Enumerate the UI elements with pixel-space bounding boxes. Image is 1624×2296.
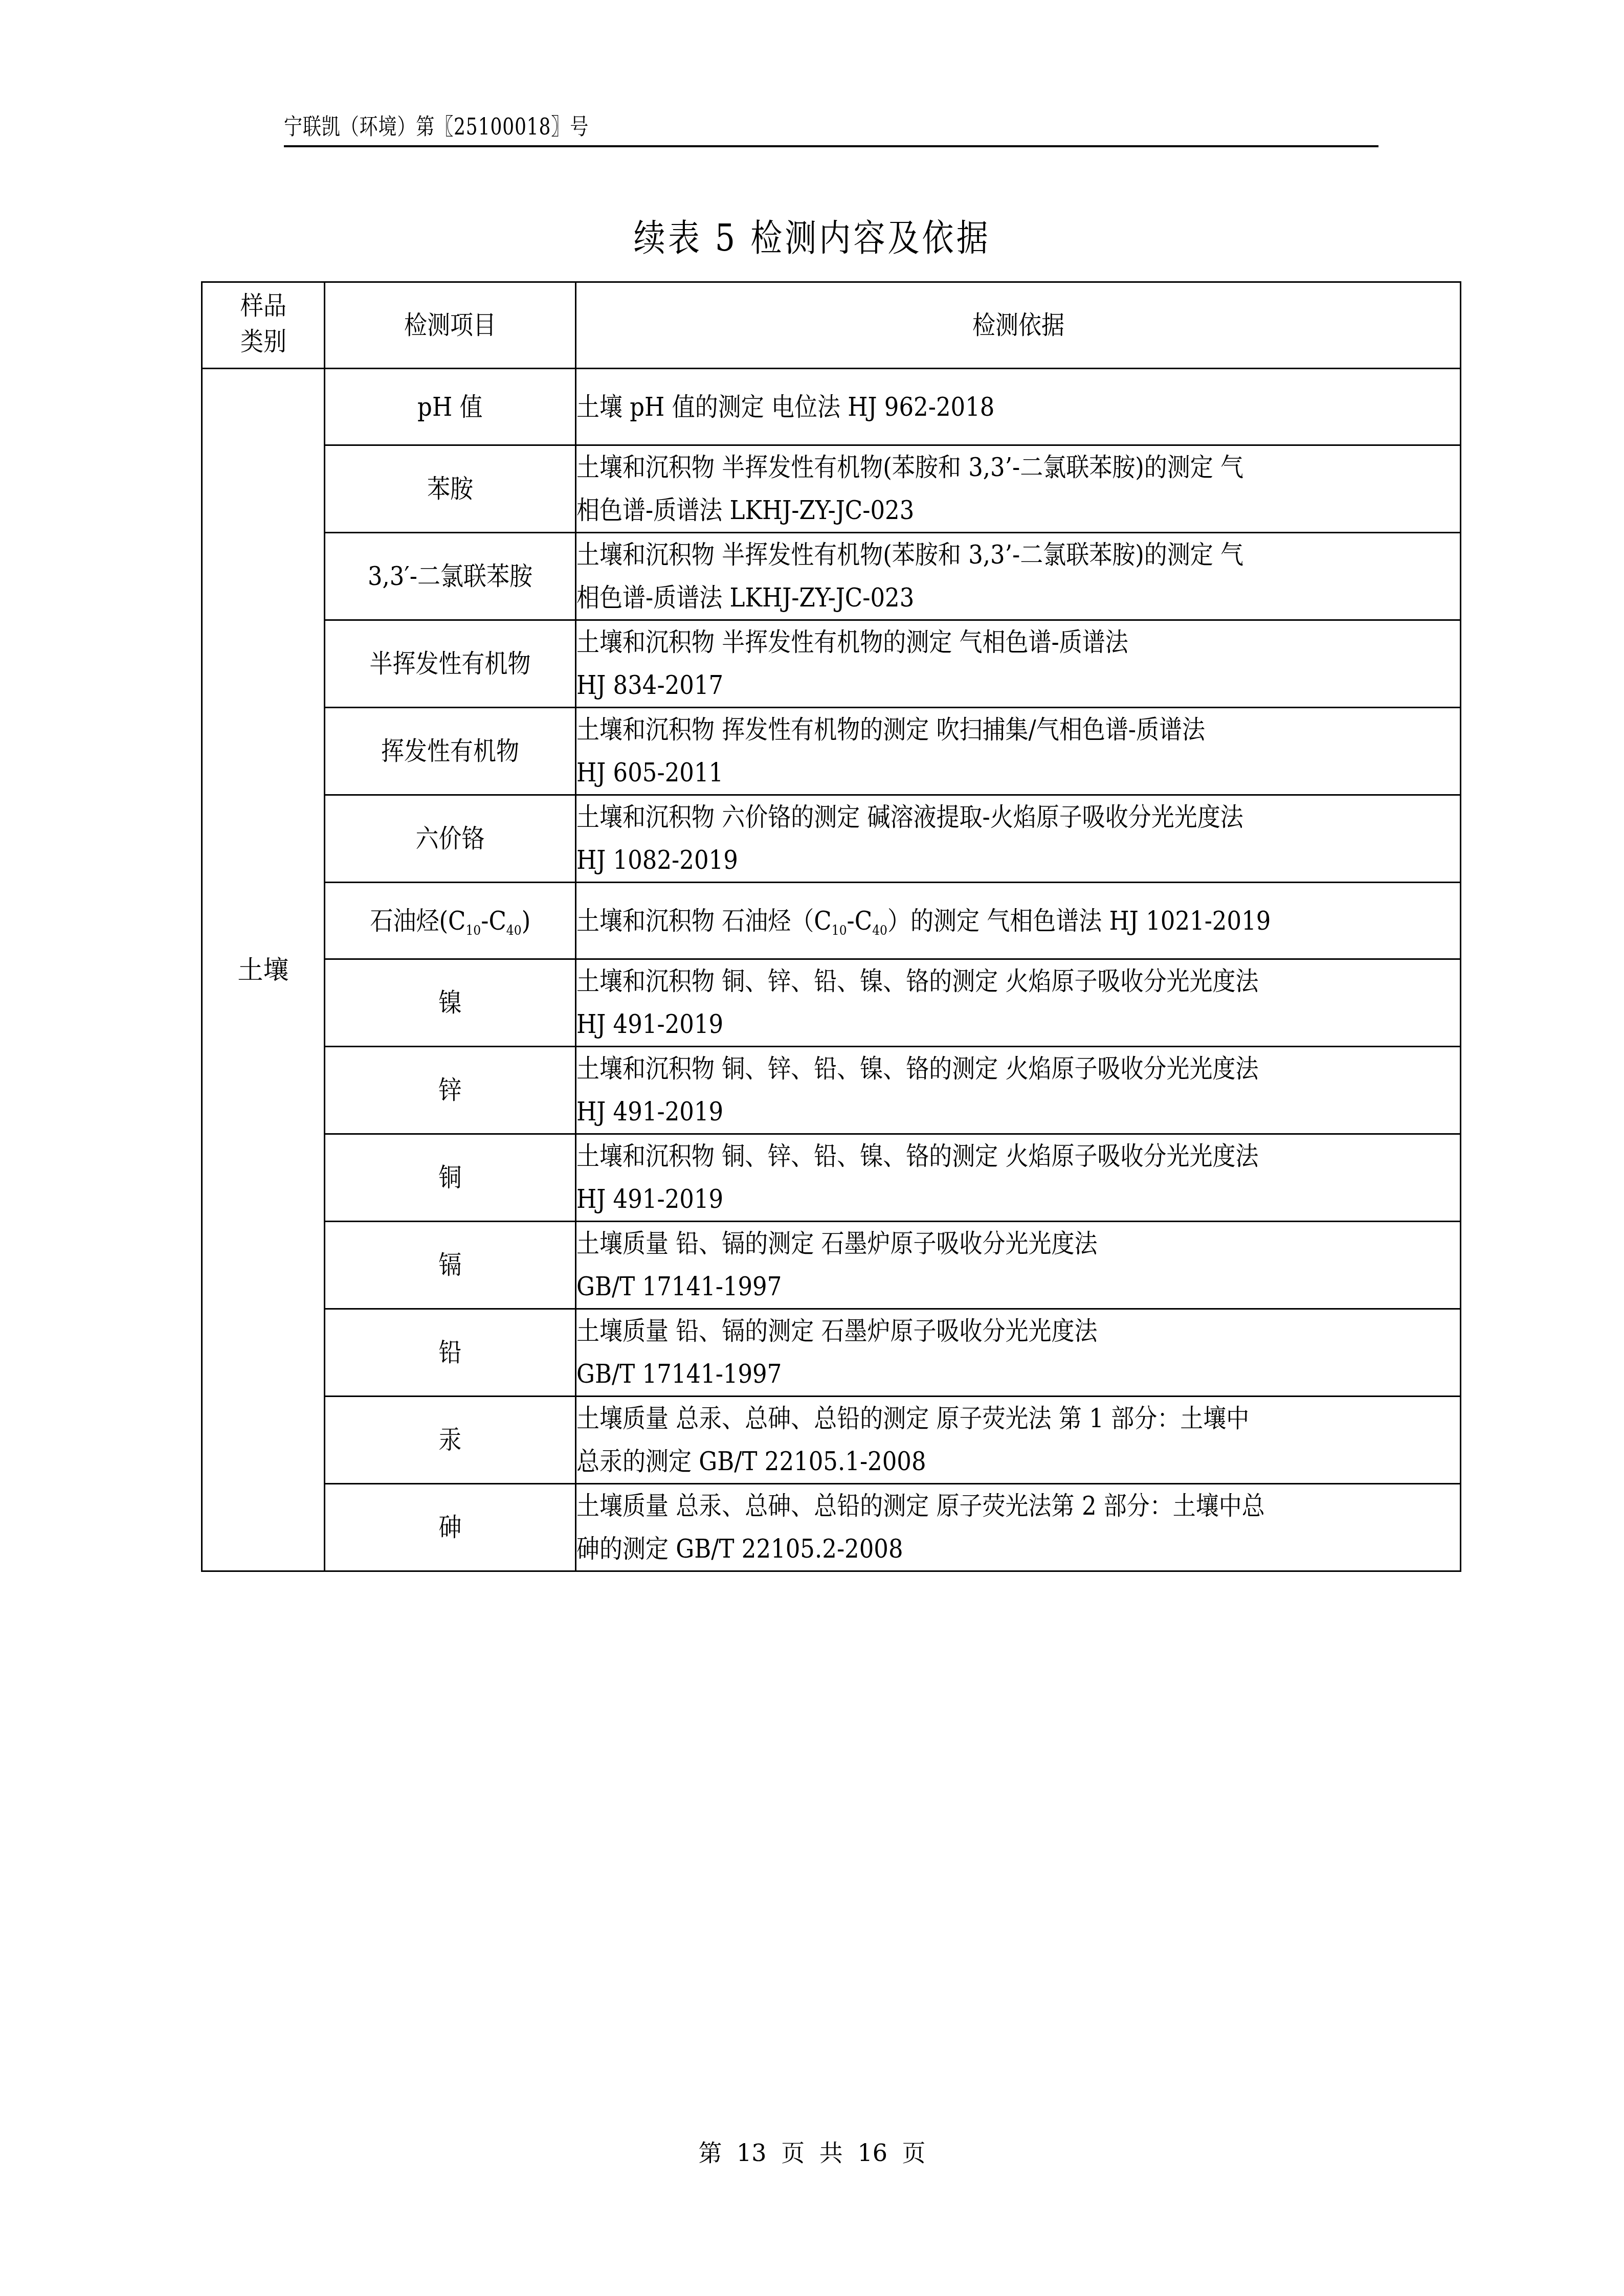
basis-line: GB/T 17141-1997 bbox=[576, 1265, 1371, 1308]
basis-cell: 土壤和沉积物 半挥发性有机物(苯胺和 3,3’-二氯联苯胺)的测定 气 相色谱-… bbox=[576, 533, 1461, 620]
table-header-row: 样品 类别 检测项目 检测依据 bbox=[202, 282, 1461, 369]
basis-cell: 土壤质量 总汞、总砷、总铅的测定 原子荧光法第 2 部分：土壤中总 砷的测定 G… bbox=[576, 1484, 1461, 1571]
basis-line: HJ 1082-2019 bbox=[576, 839, 1371, 882]
item-cell: 苯胺 bbox=[325, 445, 576, 533]
basis-cell: 土壤质量 总汞、总砷、总铅的测定 原子荧光法 第 1 部分：土壤中 总汞的测定 … bbox=[576, 1397, 1461, 1484]
item-cell: 六价铬 bbox=[325, 795, 576, 883]
item-cell: 镉 bbox=[325, 1222, 576, 1309]
item-cell: 3,3′-二氯联苯胺 bbox=[325, 533, 576, 620]
table-row: 半挥发性有机物 土壤和沉积物 半挥发性有机物的测定 气相色谱-质谱法 HJ 83… bbox=[202, 620, 1461, 708]
table-row: 汞 土壤质量 总汞、总砷、总铅的测定 原子荧光法 第 1 部分：土壤中 总汞的测… bbox=[202, 1397, 1461, 1484]
basis-line: HJ 491-2019 bbox=[576, 1178, 1371, 1221]
basis-cell: 土壤和沉积物 铜、锌、铅、镍、铬的测定 火焰原子吸收分光光度法 HJ 491-2… bbox=[576, 1134, 1461, 1222]
column-header-category-line1: 样品 bbox=[240, 291, 286, 321]
basis-cell: 土壤和沉积物 铜、锌、铅、镍、铬的测定 火焰原子吸收分光光度法 HJ 491-2… bbox=[576, 1047, 1461, 1134]
column-header-category-line2: 类别 bbox=[240, 327, 286, 356]
basis-line: 土壤和沉积物 挥发性有机物的测定 吹扫捕集/气相色谱-质谱法 bbox=[576, 708, 1371, 751]
basis-line: 土壤和沉积物 铜、锌、铅、镍、铬的测定 火焰原子吸收分光光度法 bbox=[576, 1135, 1371, 1178]
basis-line: 相色谱-质谱法 LKHJ-ZY-JC-023 bbox=[576, 576, 1371, 619]
detection-basis-table: 样品 类别 检测项目 检测依据 土壤 pH 值 土壤 pH 值的测定 电位法 H… bbox=[201, 281, 1461, 1572]
basis-line: 土壤质量 总汞、总砷、总铅的测定 原子荧光法 第 1 部分：土壤中 bbox=[576, 1397, 1371, 1440]
basis-line: HJ 605-2011 bbox=[576, 751, 1371, 794]
column-header-basis: 检测依据 bbox=[576, 282, 1461, 369]
basis-cell: 土壤质量 铅、镉的测定 石墨炉原子吸收分光光度法 GB/T 17141-1997 bbox=[576, 1222, 1461, 1309]
item-cell: 锌 bbox=[325, 1047, 576, 1134]
page-number: 第 13 页 共 16 页 bbox=[698, 2139, 925, 2167]
basis-cell: 土壤和沉积物 石油烃（C10-C40）的测定 气相色谱法 HJ 1021-201… bbox=[576, 883, 1461, 959]
item-cell: 铅 bbox=[325, 1309, 576, 1397]
basis-line: 土壤和沉积物 半挥发性有机物(苯胺和 3,3’-二氯联苯胺)的测定 气 bbox=[576, 533, 1371, 576]
page-footer: 第 13 页 共 16 页 bbox=[0, 2137, 1624, 2168]
item-cell: 半挥发性有机物 bbox=[325, 620, 576, 708]
basis-line: 土壤和沉积物 铜、锌、铅、镍、铬的测定 火焰原子吸收分光光度法 bbox=[576, 960, 1371, 1003]
table-row: 镉 土壤质量 铅、镉的测定 石墨炉原子吸收分光光度法 GB/T 17141-19… bbox=[202, 1222, 1461, 1309]
basis-line: 土壤质量 铅、镉的测定 石墨炉原子吸收分光光度法 bbox=[576, 1222, 1371, 1265]
basis-cell: 土壤和沉积物 半挥发性有机物(苯胺和 3,3’-二氯联苯胺)的测定 气 相色谱-… bbox=[576, 445, 1461, 533]
item-cell: 砷 bbox=[325, 1484, 576, 1571]
sample-category-cell: 土壤 bbox=[202, 369, 325, 1571]
basis-line: HJ 491-2019 bbox=[576, 1090, 1371, 1133]
basis-line: 土壤和沉积物 半挥发性有机物(苯胺和 3,3’-二氯联苯胺)的测定 气 bbox=[576, 446, 1371, 489]
document-title: 续表 5 检测内容及依据 bbox=[0, 215, 1624, 261]
basis-cell: 土壤和沉积物 六价铬的测定 碱溶液提取-火焰原子吸收分光光度法 HJ 1082-… bbox=[576, 795, 1461, 883]
item-cell: 石油烃(C10-C40) bbox=[325, 883, 576, 959]
table-row: 镍 土壤和沉积物 铜、锌、铅、镍、铬的测定 火焰原子吸收分光光度法 HJ 491… bbox=[202, 959, 1461, 1047]
basis-line: GB/T 17141-1997 bbox=[576, 1353, 1371, 1395]
column-header-item: 检测项目 bbox=[325, 282, 576, 369]
item-cell: 镍 bbox=[325, 959, 576, 1047]
basis-line: 土壤质量 总汞、总砷、总铅的测定 原子荧光法第 2 部分：土壤中总 bbox=[576, 1484, 1371, 1527]
report-number: 宁联凯（环境）第〖25100018〗号 bbox=[284, 115, 589, 140]
basis-line: 土壤 pH 值的测定 电位法 HJ 962-2018 bbox=[576, 386, 1371, 429]
table-row: 苯胺 土壤和沉积物 半挥发性有机物(苯胺和 3,3’-二氯联苯胺)的测定 气 相… bbox=[202, 445, 1461, 533]
basis-line: 土壤和沉积物 石油烃（C10-C40）的测定 气相色谱法 HJ 1021-201… bbox=[576, 899, 1371, 942]
column-header-category: 样品 类别 bbox=[202, 282, 325, 369]
table-row: 3,3′-二氯联苯胺 土壤和沉积物 半挥发性有机物(苯胺和 3,3’-二氯联苯胺… bbox=[202, 533, 1461, 620]
basis-line: HJ 834-2017 bbox=[576, 664, 1371, 707]
table-row: 六价铬 土壤和沉积物 六价铬的测定 碱溶液提取-火焰原子吸收分光光度法 HJ 1… bbox=[202, 795, 1461, 883]
basis-line: 砷的测定 GB/T 22105.2-2008 bbox=[576, 1527, 1371, 1570]
document-title-text: 续表 5 检测内容及依据 bbox=[634, 215, 991, 261]
item-cell: pH 值 bbox=[325, 369, 576, 445]
table-row: 铜 土壤和沉积物 铜、锌、铅、镍、铬的测定 火焰原子吸收分光光度法 HJ 491… bbox=[202, 1134, 1461, 1222]
basis-cell: 土壤质量 铅、镉的测定 石墨炉原子吸收分光光度法 GB/T 17141-1997 bbox=[576, 1309, 1461, 1397]
basis-line: 总汞的测定 GB/T 22105.1-2008 bbox=[576, 1440, 1371, 1483]
table-row: 铅 土壤质量 铅、镉的测定 石墨炉原子吸收分光光度法 GB/T 17141-19… bbox=[202, 1309, 1461, 1397]
basis-line: HJ 491-2019 bbox=[576, 1003, 1371, 1046]
basis-line: 相色谱-质谱法 LKHJ-ZY-JC-023 bbox=[576, 489, 1371, 532]
basis-line: 土壤和沉积物 六价铬的测定 碱溶液提取-火焰原子吸收分光光度法 bbox=[576, 796, 1371, 839]
basis-cell: 土壤和沉积物 挥发性有机物的测定 吹扫捕集/气相色谱-质谱法 HJ 605-20… bbox=[576, 708, 1461, 795]
basis-cell: 土壤和沉积物 铜、锌、铅、镍、铬的测定 火焰原子吸收分光光度法 HJ 491-2… bbox=[576, 959, 1461, 1047]
basis-cell: 土壤 pH 值的测定 电位法 HJ 962-2018 bbox=[576, 369, 1461, 445]
table-row: 挥发性有机物 土壤和沉积物 挥发性有机物的测定 吹扫捕集/气相色谱-质谱法 HJ… bbox=[202, 708, 1461, 795]
item-cell: 汞 bbox=[325, 1397, 576, 1484]
table-row: 土壤 pH 值 土壤 pH 值的测定 电位法 HJ 962-2018 bbox=[202, 369, 1461, 445]
item-cell: 铜 bbox=[325, 1134, 576, 1222]
table-row: 石油烃(C10-C40) 土壤和沉积物 石油烃（C10-C40）的测定 气相色谱… bbox=[202, 883, 1461, 959]
basis-line: 土壤和沉积物 铜、锌、铅、镍、铬的测定 火焰原子吸收分光光度法 bbox=[576, 1047, 1371, 1090]
item-cell: 挥发性有机物 bbox=[325, 708, 576, 795]
basis-cell: 土壤和沉积物 半挥发性有机物的测定 气相色谱-质谱法 HJ 834-2017 bbox=[576, 620, 1461, 708]
basis-line: 土壤质量 铅、镉的测定 石墨炉原子吸收分光光度法 bbox=[576, 1310, 1371, 1353]
table-row: 砷 土壤质量 总汞、总砷、总铅的测定 原子荧光法第 2 部分：土壤中总 砷的测定… bbox=[202, 1484, 1461, 1571]
table-row: 锌 土壤和沉积物 铜、锌、铅、镍、铬的测定 火焰原子吸收分光光度法 HJ 491… bbox=[202, 1047, 1461, 1134]
basis-line: 土壤和沉积物 半挥发性有机物的测定 气相色谱-质谱法 bbox=[576, 621, 1371, 664]
page-header: 宁联凯（环境）第〖25100018〗号 bbox=[284, 111, 1378, 147]
